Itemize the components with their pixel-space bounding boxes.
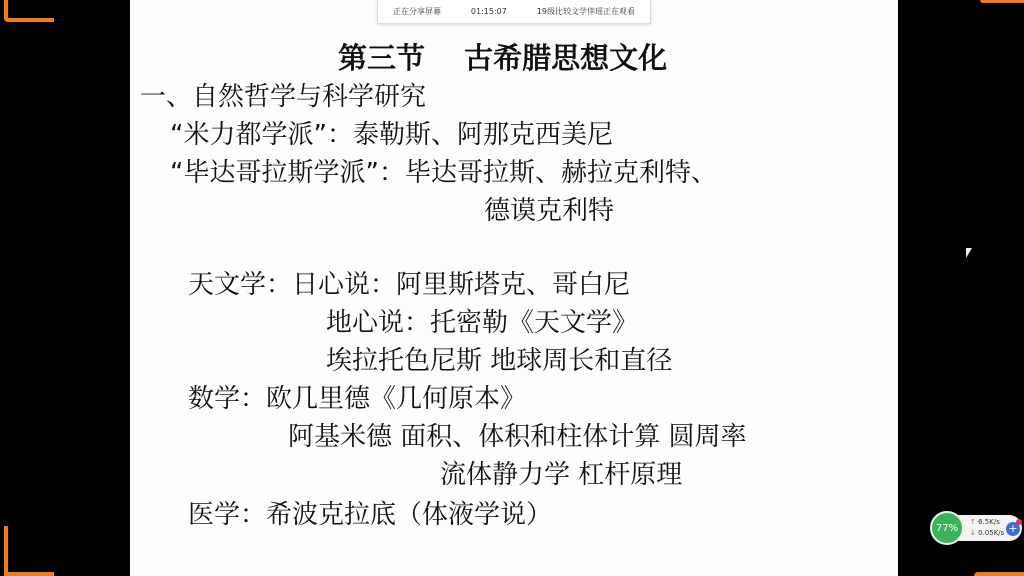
upload-speed: 6.5K/s [978,518,1000,526]
share-status: 正在分享屏幕 [393,6,441,17]
slide-line: “米力都学派”：泰勒斯、阿那克西美尼 [170,114,613,151]
frame-corner-top-left [4,0,54,22]
notification-dot [1016,519,1022,525]
slide-line: 天文学：日心说：阿里斯塔克、哥白尼 [188,264,630,301]
slide-line: 地心说：托密勒《天文学》 [326,302,638,339]
frame-corner-bottom-right [974,572,1024,576]
cpu-gauge[interactable]: 77% [930,511,964,545]
share-viewers: 19级比较文学倖瑶正在观看 [537,6,635,17]
slide-line: 埃拉托色尼斯 地球周长和直径 [326,340,672,377]
speed-readout: ↑ 6.5K/s ↓ 0.05K/s [970,517,1004,539]
download-arrow-icon: ↓ [970,529,976,537]
slide-line: 流体静力学 杠杆原理 [440,454,682,491]
download-speed: 0.05K/s [978,529,1004,537]
upload-arrow-icon: ↑ [970,518,976,526]
share-timer: 01:15:07 [471,7,507,16]
frame-corner-top-right [980,0,1024,3]
mouse-cursor-icon [966,248,972,258]
network-monitor-widget[interactable]: 77% ↑ 6.5K/s ↓ 0.05K/s + [930,511,1022,545]
slide-line: 医学：希波克拉底（体液学说） [188,494,552,531]
frame-corner-bottom-left [4,526,54,576]
slide-title: 第三节 古希腊思想文化 [338,36,667,77]
slide-line: “毕达哥拉斯学派”：毕达哥拉斯、赫拉克利特、 [170,152,717,189]
slide-line: 德谟克利特 [484,190,614,227]
section-heading: 一、自然哲学与科学研究 [140,76,426,113]
slide-line: 数学：欧几里德《几何原本》 [188,378,526,415]
slide-line: 阿基米德 面积、体积和柱体计算 圆周率 [288,416,747,453]
screen-share-bar[interactable]: 正在分享屏幕 01:15:07 19级比较文学倖瑶正在观看 [377,0,651,24]
